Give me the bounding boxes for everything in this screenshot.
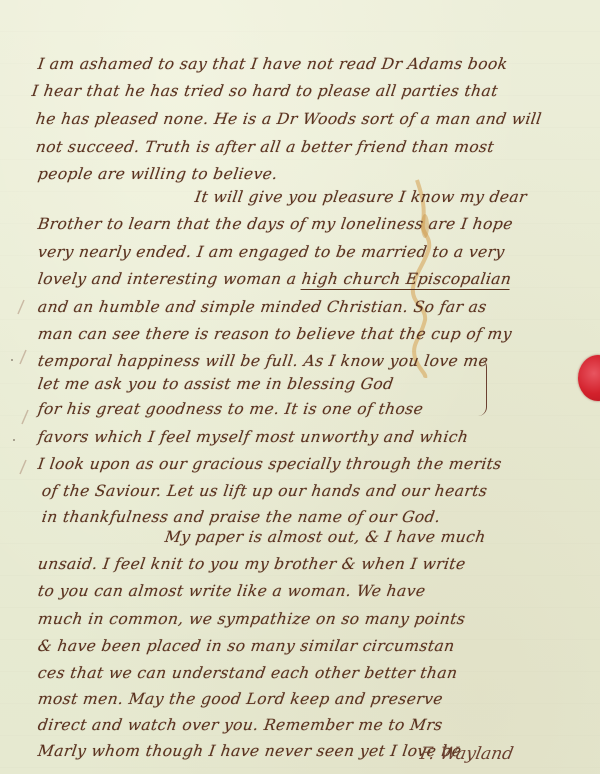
letter-line: unsaid. I feel knit to you my brother & … xyxy=(37,555,467,573)
letter-line: I hear that he has tried so hard to plea… xyxy=(31,82,499,100)
letter-line: for his great goodness to me. It is one … xyxy=(37,400,425,418)
margin-ink-marks xyxy=(6,290,36,490)
letter-line: and an humble and simple minded Christia… xyxy=(37,298,488,316)
letter-line: to you can almost write like a woman. We… xyxy=(37,582,427,600)
letter-line: let me ask you to assist me in blessing … xyxy=(37,375,395,393)
letter-page: I am ashamed to say that I have not read… xyxy=(0,0,600,774)
margin-bracket xyxy=(478,358,487,416)
red-wax-seal xyxy=(578,355,600,401)
letter-line: people are willing to believe. xyxy=(37,165,279,183)
letter-line: temporal happiness will be full. As I kn… xyxy=(37,352,490,370)
underlined-phrase: high church Episcopalian xyxy=(300,270,512,290)
letter-line: My paper is almost out, & I have much xyxy=(164,528,487,546)
signature: F. Wayland xyxy=(418,744,515,764)
letter-line: Brother to learn that the days of my lon… xyxy=(37,215,514,233)
letter-line: ces that we can understand each other be… xyxy=(37,664,459,682)
letter-line-text: lovely and interesting woman a xyxy=(37,270,303,288)
letter-line: direct and watch over you. Remember me t… xyxy=(37,716,444,734)
letter-line: much in common, we sympathize on so many… xyxy=(37,610,467,628)
letter-line: most men. May the good Lord keep and pre… xyxy=(37,690,444,708)
letter-line: very nearly ended. I am engaged to be ma… xyxy=(37,243,506,261)
letter-line: favors which I feel myself most unworthy… xyxy=(37,428,470,446)
letter-line: I am ashamed to say that I have not read… xyxy=(37,55,509,73)
letter-line: lovely and interesting woman a high chur… xyxy=(37,270,513,288)
letter-line: It will give you pleasure I know my dear xyxy=(194,188,528,206)
letter-line: he has pleased none. He is a Dr Woods so… xyxy=(35,110,543,128)
letter-line: not succeed. Truth is after all a better… xyxy=(35,138,496,156)
letter-line: of the Saviour. Let us lift up our hands… xyxy=(41,482,489,500)
letter-line: man can see there is reason to believe t… xyxy=(37,325,513,343)
letter-line: & have been placed in so many similar ci… xyxy=(37,637,456,655)
letter-line: I look upon as our gracious specially th… xyxy=(37,455,503,473)
letter-line: in thankfulness and praise the name of o… xyxy=(41,508,442,526)
letter-line: Marly whom though I have never seen yet … xyxy=(37,742,463,760)
